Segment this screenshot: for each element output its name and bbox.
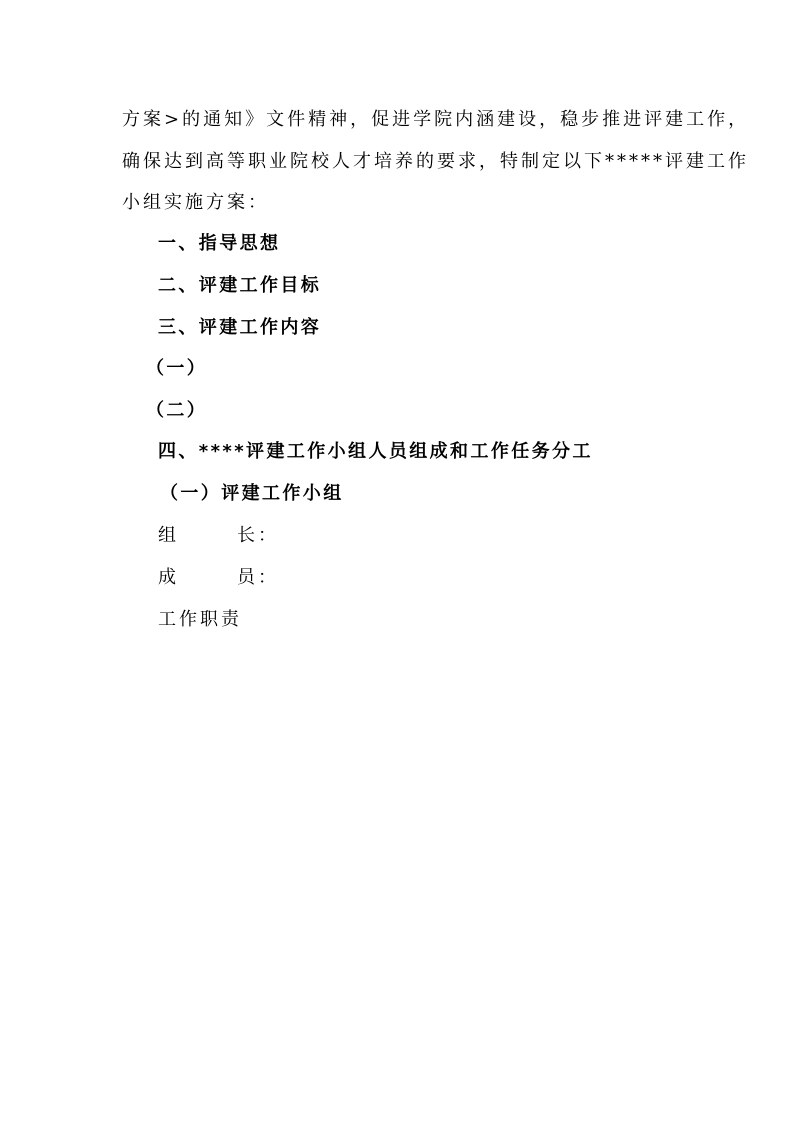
heading-team-composition: 四、****评建工作小组人员组成和工作任务分工: [158, 441, 593, 463]
paragraph-line-2: 确保达到高等职业院校人才培养的要求，特制定以下*****评建工作: [122, 151, 749, 173]
heading-guiding-ideology: 一、指导思想: [158, 233, 280, 255]
subheading-content-1: （一）: [146, 358, 207, 380]
heading-evaluation-goals: 二、评建工作目标: [158, 275, 321, 297]
field-team-leader: 组长：: [158, 525, 279, 547]
subheading-evaluation-team: （一）评建工作小组: [160, 483, 344, 505]
heading-evaluation-content: 三、评建工作内容: [158, 317, 321, 339]
team-leader-label-a: 组: [158, 525, 179, 546]
team-members-label-b: 员：: [237, 567, 279, 588]
subheading-content-2: （二）: [146, 400, 207, 422]
paragraph-line-3: 小组实施方案：: [122, 192, 269, 214]
document-page: 方案>的通知》文件精神，促进学院内涵建设，稳步推进评建工作， 确保达到高等职业院…: [0, 0, 793, 1122]
field-team-members: 成员：: [158, 567, 279, 589]
paragraph-line-1: 方案>的通知》文件精神，促进学院内涵建设，稳步推进评建工作，: [122, 109, 749, 131]
field-work-duties: 工作职责: [158, 609, 242, 631]
team-leader-label-b: 长：: [237, 525, 279, 546]
team-members-label-a: 成: [158, 567, 179, 588]
